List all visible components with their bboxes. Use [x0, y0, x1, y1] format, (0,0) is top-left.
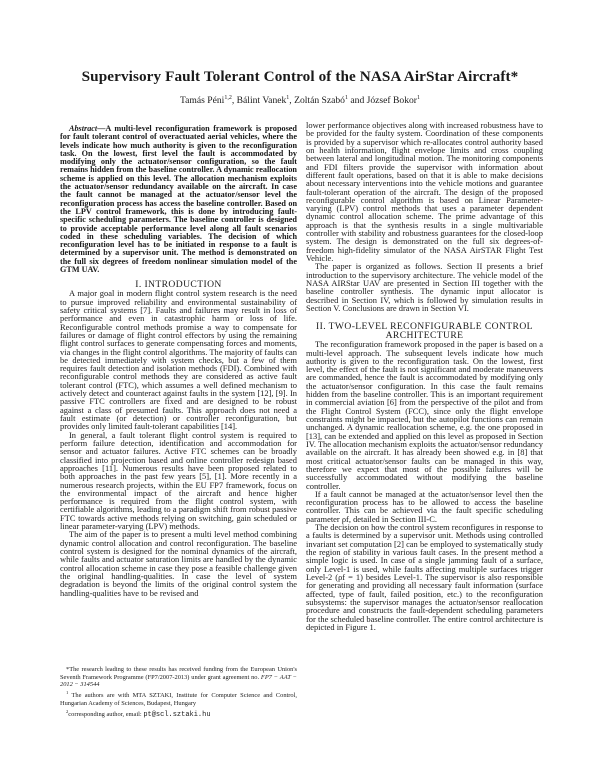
footnote-affiliation: 1 The authors are with MTA SZTAKI, Insti…: [60, 689, 297, 708]
author-affiliation: 1: [417, 95, 420, 101]
right-column: lower performance objectives along with …: [306, 121, 543, 631]
footnote-mark: 1: [66, 690, 68, 695]
email-link[interactable]: pt@scl.sztaki.hu: [143, 711, 210, 719]
paragraph: lower performance objectives along with …: [306, 121, 543, 262]
abstract: Abstract—A multi-level reconfiguration f…: [60, 125, 297, 274]
footnote-funding: *The research leading to these results h…: [60, 666, 297, 689]
footnote-corresponding: 2corresponding author, email: pt@scl.szt…: [60, 708, 297, 720]
paragraph: In general, a fault tolerant flight cont…: [60, 431, 297, 531]
author-name: Zoltán Szabó: [294, 95, 345, 106]
paragraph: The reconfiguration framework proposed i…: [306, 340, 543, 490]
paragraph: The aim of the paper is to present a mul…: [60, 530, 297, 597]
author-name: Tamás Péni: [180, 95, 224, 106]
footnotes: *The research leading to these results h…: [60, 666, 297, 719]
footnote-corresponding-text: corresponding author, email:: [68, 711, 141, 718]
paragraph: If a fault cannot be managed at the actu…: [306, 490, 543, 523]
abstract-text: A multi-level reconfiguration framework …: [60, 124, 297, 274]
left-column: Abstract—A multi-level reconfiguration f…: [60, 125, 297, 597]
paragraph: A major goal in modern flight control sy…: [60, 289, 297, 430]
footnote-affiliation-text: The authors are with MTA SZTAKI, Institu…: [60, 692, 297, 707]
paragraph: The decision on how the control system r…: [306, 523, 543, 631]
author-list: Tamás Péni1,2, Bálint Vanek1, Zoltán Sza…: [0, 95, 600, 106]
paper-title: Supervisory Fault Tolerant Control of th…: [0, 68, 600, 86]
paragraph: The paper is organized as follows. Secti…: [306, 262, 543, 312]
author-affiliation: 1,2: [224, 95, 232, 101]
author-name: József Bokor: [367, 95, 417, 106]
section-heading-architecture: II. TWO-LEVEL RECONFIGURABLE CONTROL ARC…: [306, 322, 543, 340]
author-name: Bálint Vanek: [237, 95, 287, 106]
author-separator: and: [348, 95, 367, 106]
